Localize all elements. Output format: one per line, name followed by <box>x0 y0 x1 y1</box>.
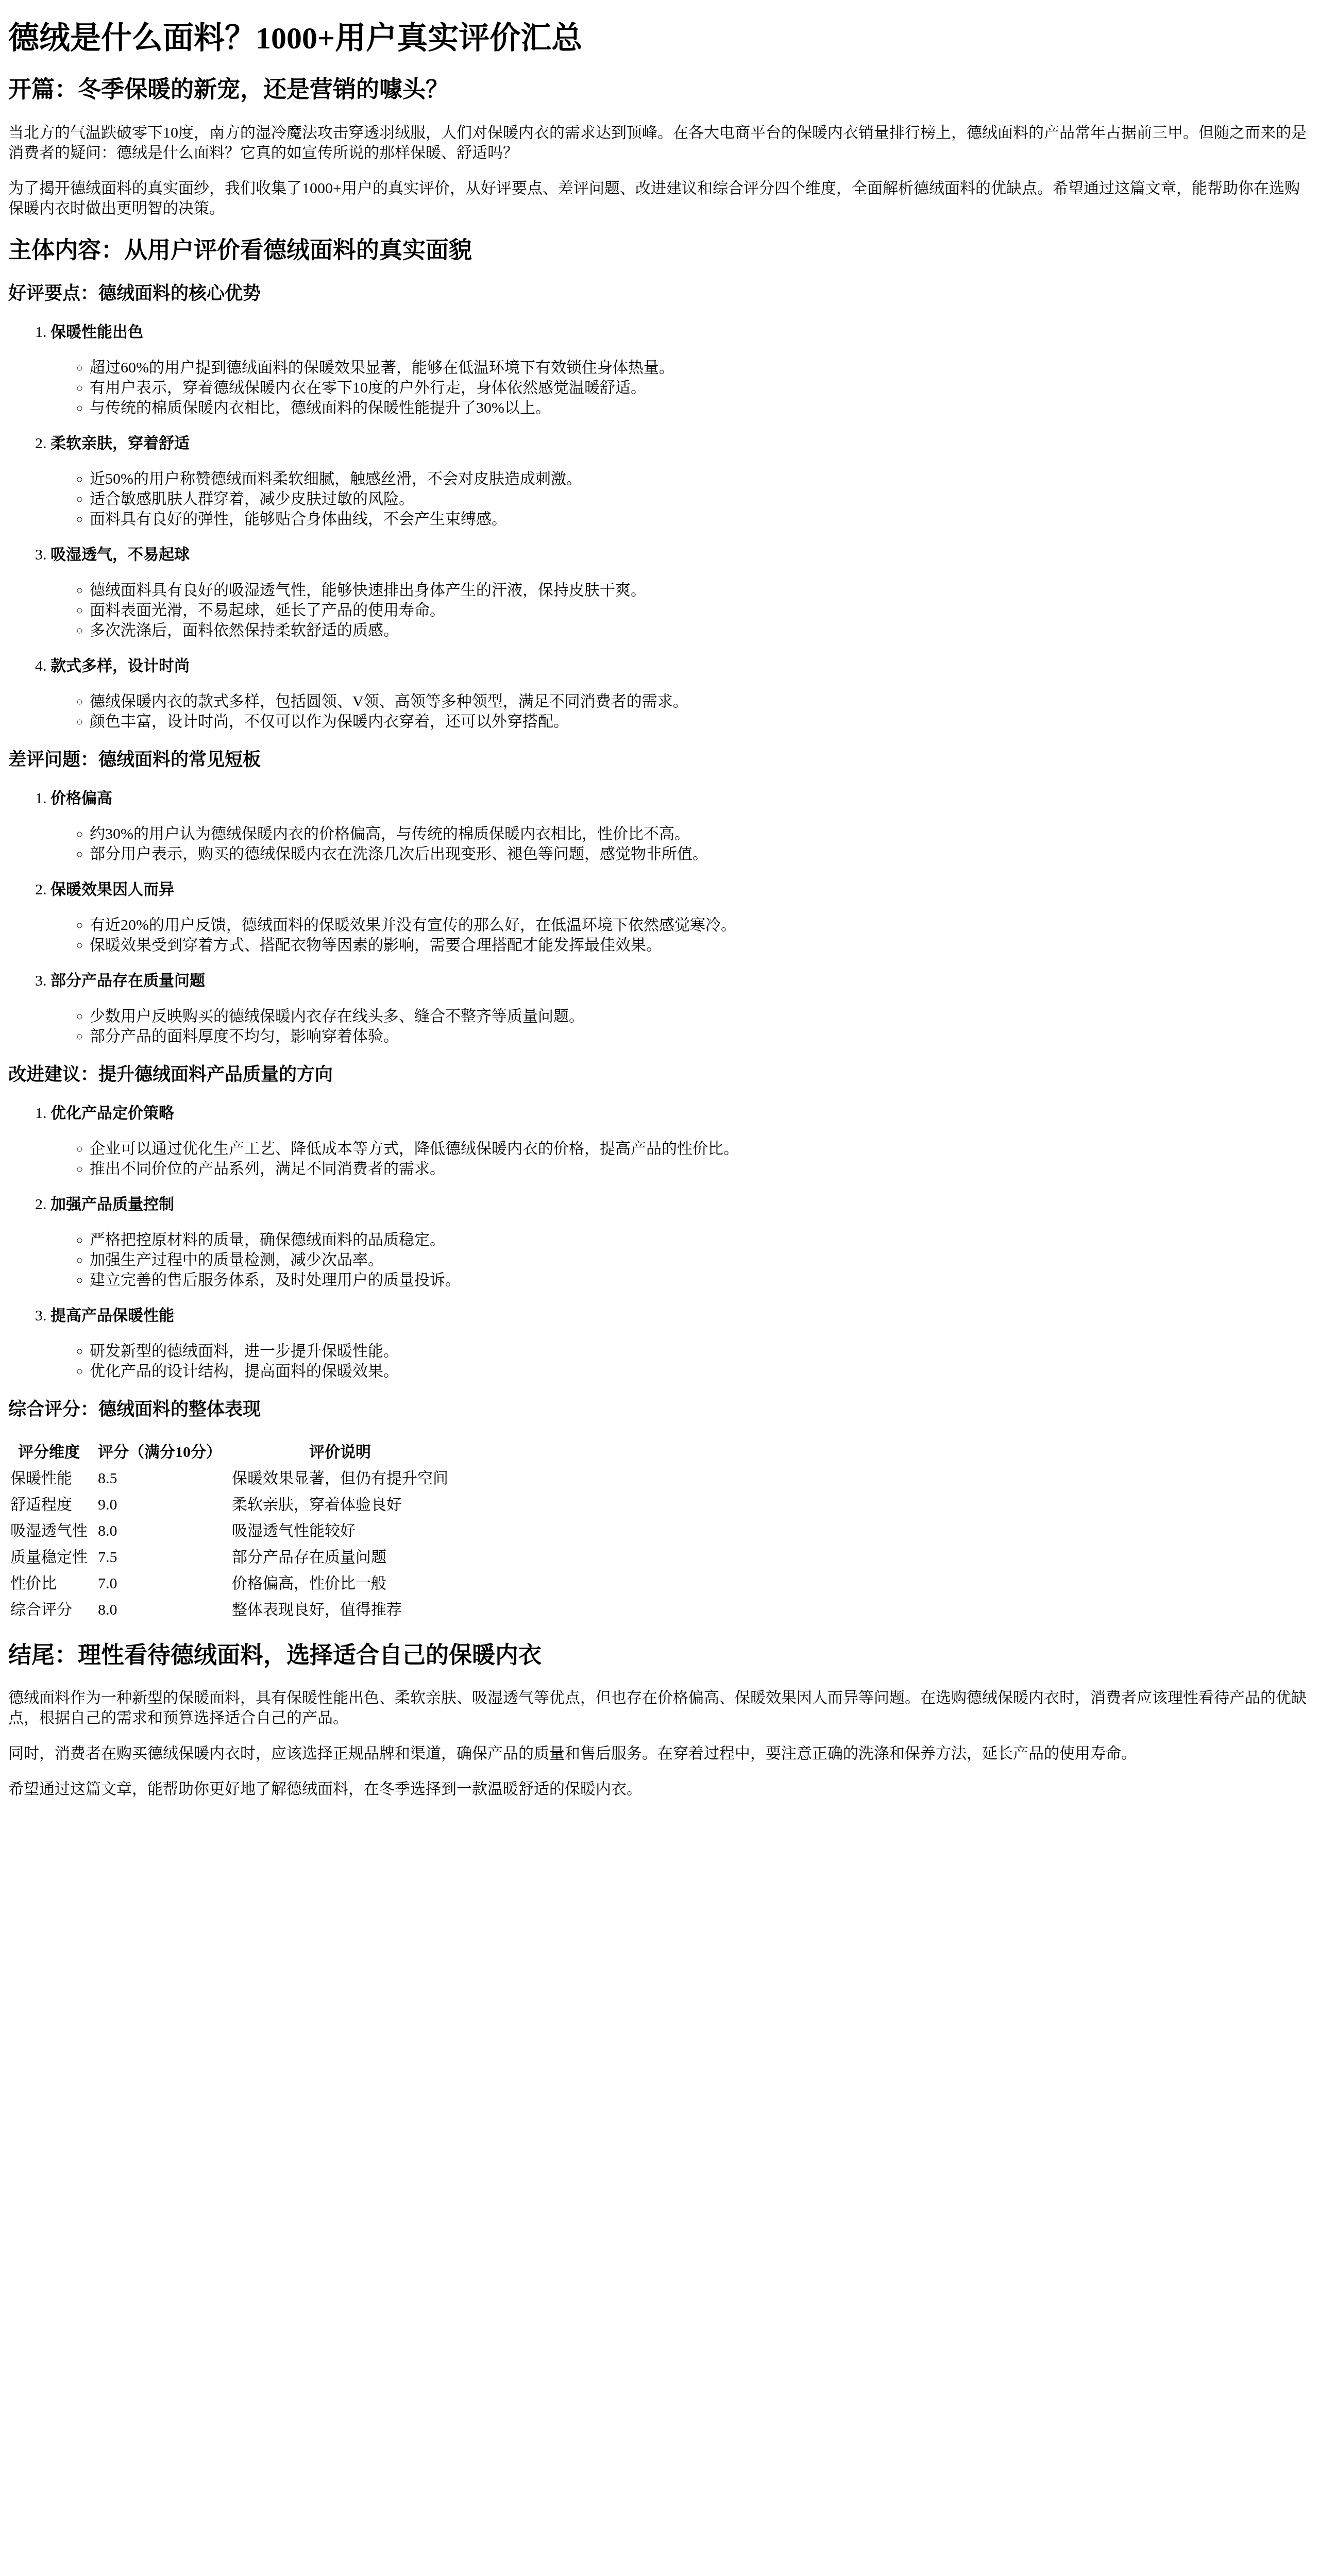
bullet-list: 少数用户反映购买的德绒保暖内衣存在线头多、缝合不整齐等质量问题。 部分产品的面料… <box>50 1006 1311 1046</box>
list-item: 加强产品质量控制 严格把控原材料的质量，确保德绒面料的品质稳定。 加强生产过程中… <box>50 1194 1311 1290</box>
suggestions-list: 优化产品定价策略 企业可以通过优化生产工艺、降低成本等方式，降低德绒保暖内衣的价… <box>8 1103 1311 1381</box>
table-cell-score: 9.0 <box>97 1492 230 1517</box>
subsection-cons-heading: 差评问题：德绒面料的常见短板 <box>8 750 1311 770</box>
table-cell-description: 柔软亲肤，穿着体验良好 <box>231 1492 456 1517</box>
table-cell-dimension: 性价比 <box>9 1571 96 1596</box>
pros-list: 保暖性能出色 超过60%的用户提到德绒面料的保暖效果显著，能够在低温环境下有效锁… <box>8 322 1311 732</box>
bullet-item: 德绒面料具有良好的吸湿透气性，能够快速排出身体产生的汗液，保持皮肤干爽。 <box>90 580 1311 600</box>
list-item: 部分产品存在质量问题 少数用户反映购买的德绒保暖内衣存在线头多、缝合不整齐等质量… <box>50 971 1311 1046</box>
table-cell-dimension: 质量稳定性 <box>9 1545 96 1570</box>
bullet-item: 面料表面光滑，不易起球，延长了产品的使用寿命。 <box>90 600 1311 620</box>
list-item-title: 保暖效果因人而异 <box>50 881 174 898</box>
list-item: 款式多样，设计时尚 德绒保暖内衣的款式多样，包括圆领、V领、高领等多种领型，满足… <box>50 656 1311 732</box>
table-header-description: 评价说明 <box>231 1439 456 1465</box>
table-cell-dimension: 保暖性能 <box>9 1466 96 1491</box>
article: 德绒是什么面料？1000+用户真实评价汇总 开篇：冬季保暖的新宠，还是营销的噱头… <box>8 21 1311 2536</box>
closing-paragraph-1: 德绒面料作为一种新型的保暖面料，具有保暖性能出色、柔软亲肤、吸湿透气等优点，但也… <box>8 1688 1311 1728</box>
bullet-item: 约30%的用户认为德绒保暖内衣的价格偏高，与传统的棉质保暖内衣相比，性价比不高。 <box>90 824 1311 844</box>
table-cell-description: 保暖效果显著，但仍有提升空间 <box>231 1466 456 1491</box>
section-main-heading: 主体内容：从用户评价看德绒面料的真实面貌 <box>8 238 1311 264</box>
list-item-title: 部分产品存在质量问题 <box>50 972 205 989</box>
bullet-list: 有近20%的用户反馈，德绒面料的保暖效果并没有宣传的那么好，在低温环境下依然感觉… <box>50 915 1311 955</box>
table-cell-dimension: 吸湿透气性 <box>9 1518 96 1544</box>
bullet-list: 约30%的用户认为德绒保暖内衣的价格偏高，与传统的棉质保暖内衣相比，性价比不高。… <box>50 824 1311 864</box>
list-item-title: 吸湿透气，不易起球 <box>50 546 190 563</box>
list-item: 吸湿透气，不易起球 德绒面料具有良好的吸湿透气性，能够快速排出身体产生的汗液，保… <box>50 545 1311 640</box>
list-item-title: 柔软亲肤，穿着舒适 <box>50 435 190 452</box>
list-item: 提高产品保暖性能 研发新型的德绒面料，进一步提升保暖性能。 优化产品的设计结构，… <box>50 1306 1311 1381</box>
bullet-item: 与传统的棉质保暖内衣相比，德绒面料的保暖性能提升了30%以上。 <box>90 398 1311 418</box>
closing-paragraph-2: 同时，消费者在购买德绒保暖内衣时，应该选择正规品牌和渠道，确保产品的质量和售后服… <box>8 1743 1311 1764</box>
subsection-rating-heading: 综合评分：德绒面料的整体表现 <box>8 1399 1311 1420</box>
table-header-dimension: 评分维度 <box>9 1439 96 1465</box>
table-row: 吸湿透气性 8.0 吸湿透气性能较好 <box>9 1518 456 1544</box>
cons-list: 价格偏高 约30%的用户认为德绒保暖内衣的价格偏高，与传统的棉质保暖内衣相比，性… <box>8 788 1311 1046</box>
table-cell-dimension: 综合评分 <box>9 1597 96 1622</box>
bullet-item: 颜色丰富，设计时尚，不仅可以作为保暖内衣穿着，还可以外穿搭配。 <box>90 711 1311 732</box>
table-cell-score: 8.0 <box>97 1597 230 1622</box>
intro-paragraph-1: 当北方的气温跌破零下10度，南方的湿冷魔法攻击穿透羽绒服，人们对保暖内衣的需求达… <box>8 123 1311 163</box>
bullet-item: 优化产品的设计结构，提高面料的保暖效果。 <box>90 1361 1311 1381</box>
table-header-score: 评分（满分10分） <box>97 1439 230 1465</box>
bullet-list: 德绒保暖内衣的款式多样，包括圆领、V领、高领等多种领型，满足不同消费者的需求。 … <box>50 691 1311 732</box>
table-cell-dimension: 舒适程度 <box>9 1492 96 1517</box>
bullet-item: 超过60%的用户提到德绒面料的保暖效果显著，能够在低温环境下有效锁住身体热量。 <box>90 358 1311 378</box>
table-cell-score: 8.0 <box>97 1518 230 1544</box>
list-item: 保暖性能出色 超过60%的用户提到德绒面料的保暖效果显著，能够在低温环境下有效锁… <box>50 322 1311 418</box>
table-row: 保暖性能 8.5 保暖效果显著，但仍有提升空间 <box>9 1466 456 1491</box>
bullet-item: 面料具有良好的弹性，能够贴合身体曲线，不会产生束缚感。 <box>90 509 1311 529</box>
table-cell-description: 价格偏高，性价比一般 <box>231 1571 456 1596</box>
bullet-list: 近50%的用户称赞德绒面料柔软细腻，触感丝滑，不会对皮肤造成刺激。 适合敏感肌肤… <box>50 469 1311 529</box>
bullet-item: 近50%的用户称赞德绒面料柔软细腻，触感丝滑，不会对皮肤造成刺激。 <box>90 469 1311 489</box>
bullet-item: 有近20%的用户反馈，德绒面料的保暖效果并没有宣传的那么好，在低温环境下依然感觉… <box>90 915 1311 935</box>
table-row: 综合评分 8.0 整体表现良好，值得推荐 <box>9 1597 456 1622</box>
bullet-item: 建立完善的售后服务体系，及时处理用户的质量投诉。 <box>90 1270 1311 1290</box>
table-row: 舒适程度 9.0 柔软亲肤，穿着体验良好 <box>9 1492 456 1517</box>
bullet-item: 部分用户表示，购买的德绒保暖内衣在洗涤几次后出现变形、褪色等问题，感觉物非所值。 <box>90 844 1311 864</box>
table-cell-score: 7.0 <box>97 1571 230 1596</box>
bullet-item: 研发新型的德绒面料，进一步提升保暖性能。 <box>90 1341 1311 1361</box>
page-title: 德绒是什么面料？1000+用户真实评价汇总 <box>8 21 1311 56</box>
list-item-title: 价格偏高 <box>50 790 112 807</box>
intro-paragraph-2: 为了揭开德绒面料的真实面纱，我们收集了1000+用户的真实评价，从好评要点、差评… <box>8 178 1311 218</box>
ratings-table: 评分维度 评分（满分10分） 评价说明 保暖性能 8.5 保暖效果显著，但仍有提… <box>8 1438 458 1623</box>
bullet-item: 严格把控原材料的质量，确保德绒面料的品质稳定。 <box>90 1230 1311 1250</box>
bullet-item: 德绒保暖内衣的款式多样，包括圆领、V领、高领等多种领型，满足不同消费者的需求。 <box>90 691 1311 711</box>
list-item: 柔软亲肤，穿着舒适 近50%的用户称赞德绒面料柔软细腻，触感丝滑，不会对皮肤造成… <box>50 433 1311 529</box>
bullet-list: 德绒面料具有良好的吸湿透气性，能够快速排出身体产生的汗液，保持皮肤干爽。 面料表… <box>50 580 1311 640</box>
list-item: 优化产品定价策略 企业可以通过优化生产工艺、降低成本等方式，降低德绒保暖内衣的价… <box>50 1103 1311 1179</box>
bullet-item: 部分产品的面料厚度不均匀，影响穿着体验。 <box>90 1026 1311 1046</box>
bottom-whitespace <box>8 1815 1311 2536</box>
table-cell-score: 7.5 <box>97 1545 230 1570</box>
section-intro-heading: 开篇：冬季保暖的新宠，还是营销的噱头？ <box>8 77 1311 104</box>
bullet-item: 企业可以通过优化生产工艺、降低成本等方式，降低德绒保暖内衣的价格，提高产品的性价… <box>90 1139 1311 1159</box>
subsection-pros-heading: 好评要点：德绒面料的核心优势 <box>8 283 1311 304</box>
bullet-item: 保暖效果受到穿着方式、搭配衣物等因素的影响，需要合理搭配才能发挥最佳效果。 <box>90 935 1311 955</box>
table-cell-score: 8.5 <box>97 1466 230 1491</box>
bullet-item: 有用户表示，穿着德绒保暖内衣在零下10度的户外行走，身体依然感觉温暖舒适。 <box>90 378 1311 398</box>
table-cell-description: 吸湿透气性能较好 <box>231 1518 456 1544</box>
closing-paragraph-3: 希望通过这篇文章，能帮助你更好地了解德绒面料，在冬季选择到一款温暖舒适的保暖内衣… <box>8 1779 1311 1799</box>
table-cell-description: 部分产品存在质量问题 <box>231 1545 456 1570</box>
bullet-list: 超过60%的用户提到德绒面料的保暖效果显著，能够在低温环境下有效锁住身体热量。 … <box>50 358 1311 418</box>
list-item-title: 款式多样，设计时尚 <box>50 657 190 674</box>
bullet-list: 严格把控原材料的质量，确保德绒面料的品质稳定。 加强生产过程中的质量检测，减少次… <box>50 1230 1311 1290</box>
bullet-item: 少数用户反映购买的德绒保暖内衣存在线头多、缝合不整齐等质量问题。 <box>90 1006 1311 1026</box>
section-closing-heading: 结尾：理性看待德绒面料，选择适合自己的保暖内衣 <box>8 1642 1311 1669</box>
bullet-item: 适合敏感肌肤人群穿着，减少皮肤过敏的风险。 <box>90 489 1311 509</box>
list-item: 保暖效果因人而异 有近20%的用户反馈，德绒面料的保暖效果并没有宣传的那么好，在… <box>50 879 1311 955</box>
bullet-item: 多次洗涤后，面料依然保持柔软舒适的质感。 <box>90 620 1311 640</box>
bullet-item: 推出不同价位的产品系列，满足不同消费者的需求。 <box>90 1159 1311 1179</box>
table-header-row: 评分维度 评分（满分10分） 评价说明 <box>9 1439 456 1465</box>
list-item-title: 保暖性能出色 <box>50 324 143 341</box>
list-item-title: 优化产品定价策略 <box>50 1105 174 1122</box>
table-row: 性价比 7.0 价格偏高，性价比一般 <box>9 1571 456 1596</box>
table-cell-description: 整体表现良好，值得推荐 <box>231 1597 456 1622</box>
bullet-list: 研发新型的德绒面料，进一步提升保暖性能。 优化产品的设计结构，提高面料的保暖效果… <box>50 1341 1311 1381</box>
table-row: 质量稳定性 7.5 部分产品存在质量问题 <box>9 1545 456 1570</box>
list-item-title: 提高产品保暖性能 <box>50 1307 174 1324</box>
subsection-suggestions-heading: 改进建议：提升德绒面料产品质量的方向 <box>8 1064 1311 1085</box>
list-item: 价格偏高 约30%的用户认为德绒保暖内衣的价格偏高，与传统的棉质保暖内衣相比，性… <box>50 788 1311 864</box>
bullet-item: 加强生产过程中的质量检测，减少次品率。 <box>90 1250 1311 1270</box>
list-item-title: 加强产品质量控制 <box>50 1196 174 1213</box>
bullet-list: 企业可以通过优化生产工艺、降低成本等方式，降低德绒保暖内衣的价格，提高产品的性价… <box>50 1139 1311 1179</box>
